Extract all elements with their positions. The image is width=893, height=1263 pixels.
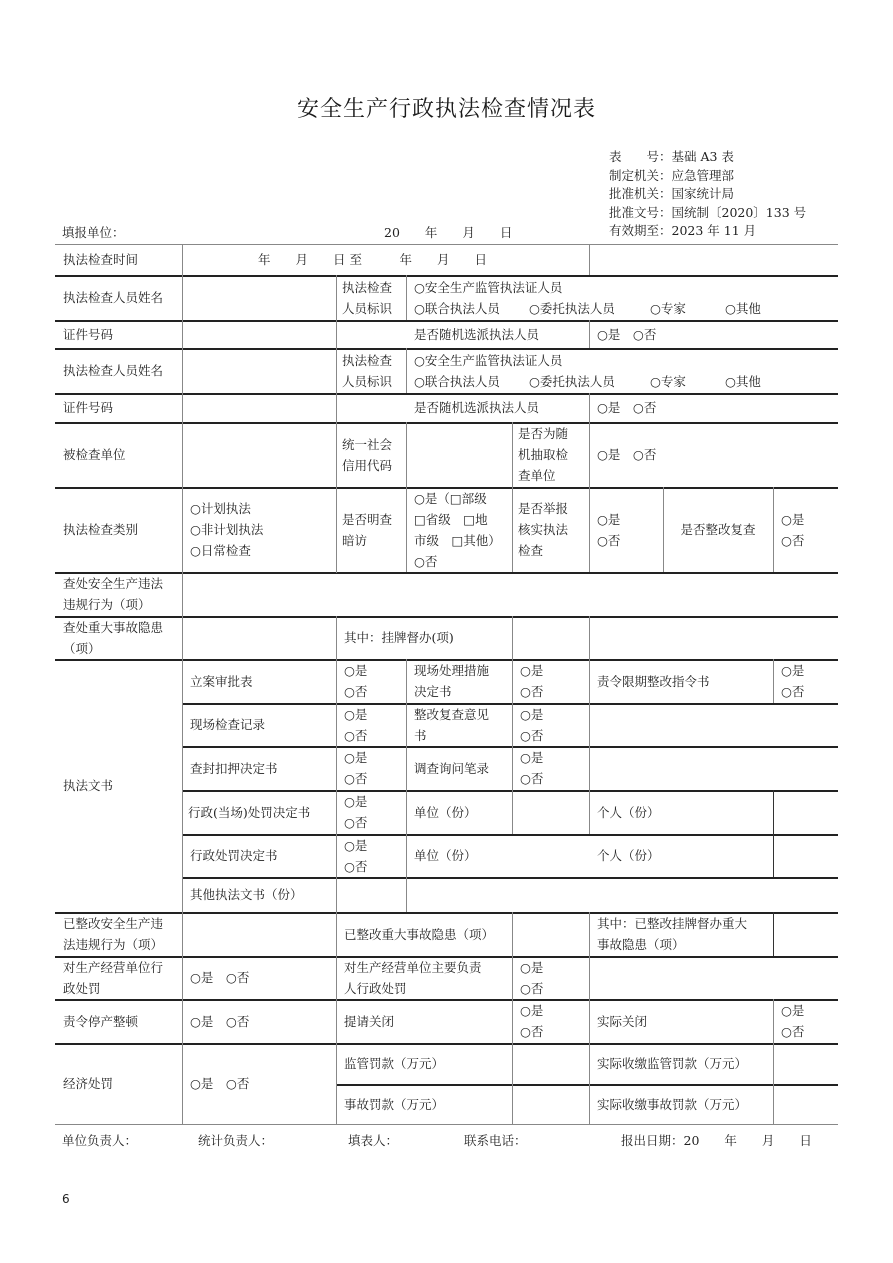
inspector-name-1-field[interactable] [182, 275, 336, 320]
label-rectified-violations: 已整改安全生产违 法违规行为（项） [55, 912, 182, 956]
onsite-record-radio[interactable]: ○是 ○否 [336, 703, 406, 746]
cert-number-2-field[interactable] [182, 393, 406, 422]
label-economic-penalty: 经济处罚 [55, 1043, 182, 1124]
onsite-measures-radio[interactable]: ○是 ○否 [512, 659, 589, 703]
report-verify-radio[interactable]: ○是 ○否 [589, 487, 663, 572]
violations-field[interactable] [182, 572, 336, 616]
head-penalty-radio[interactable]: ○是 ○否 [512, 956, 589, 999]
rectified-violations-field[interactable] [182, 912, 336, 956]
label-inquiry-record: 调查询问笔录 [406, 746, 512, 790]
meta-approval-number: 批准文号：国统制〔2020〕133 号 [609, 204, 806, 223]
label-closure-request: 提请关闭 [336, 999, 512, 1043]
onsite-penalty-radio[interactable]: ○是 ○否 [336, 790, 406, 834]
label-other-docs: 其他执法文书（份） [182, 877, 336, 912]
footer-unit-head: 单位负责人： [62, 1131, 137, 1149]
form-meta: 表 号：基础 A3 表 制定机关：应急管理部 批准机关：国家统计局 批准文号：国… [609, 148, 806, 241]
label-random-unit: 是否为随 机抽取检 查单位 [512, 422, 589, 487]
label-penalty-decision: 行政处罚决定书 [182, 834, 336, 877]
radio-joint[interactable]: ○联合执法人员 [414, 298, 529, 319]
label-recheck-opinion: 整改复查意见 书 [406, 703, 512, 746]
major-hazards-field[interactable] [182, 616, 336, 659]
label-major-hazards: 查处重大事故隐患 （项） [55, 616, 182, 659]
random-assign-2-radio[interactable]: ○是 ○否 [589, 393, 838, 422]
meta-approving-authority: 批准机关：国家统计局 [609, 185, 806, 204]
label-onsite-measures: 现场处理措施 决定书 [406, 659, 512, 703]
seizure-decision-radio[interactable]: ○是 ○否 [336, 746, 406, 790]
label-inspector-name-2: 执法检查人员姓名 [55, 348, 182, 393]
radio-entrusted[interactable]: ○委托执法人员 [529, 371, 650, 392]
radio-certified[interactable]: ○安全生产监管执法证人员 [414, 350, 562, 371]
footer-report-date: 报出日期：20 年 月 日 [621, 1131, 812, 1149]
accident-fine-paid-field[interactable] [773, 1084, 838, 1124]
radio-expert[interactable]: ○专家 [650, 371, 725, 392]
unit-penalty-radio[interactable]: ○是 ○否 [182, 956, 336, 999]
closure-request-radio[interactable]: ○是 ○否 [512, 999, 589, 1043]
fill-date: 20 年 月 日 [384, 223, 512, 241]
inspector-id-1-options[interactable]: ○安全生产监管执法证人员 ○联合执法人员 ○委托执法人员 ○专家 ○其他 [406, 275, 838, 320]
label-cert-number-2: 证件号码 [55, 393, 182, 422]
case-approval-radio[interactable]: ○是 ○否 [336, 659, 406, 703]
inspect-category-radio[interactable]: ○计划执法 ○非计划执法 ○日常检查 [182, 487, 336, 572]
economic-penalty-radio[interactable]: ○是 ○否 [182, 1043, 336, 1124]
meta-issuing-authority: 制定机关：应急管理部 [609, 167, 806, 186]
supervised-hazards-field[interactable] [512, 616, 589, 659]
label-rectified-supervised: 其中：已整改挂牌督办重大 事故隐患（项） [589, 912, 773, 956]
label-random-assign-2: 是否随机选派执法人员 [406, 393, 589, 422]
accident-fine-field[interactable] [512, 1084, 589, 1124]
label-inspect-category: 执法检查类别 [55, 487, 182, 572]
rectified-supervised-field[interactable] [773, 912, 838, 956]
inspector-name-2-field[interactable] [182, 348, 336, 393]
label-onsite-penalty-unit: 单位（份） [406, 790, 512, 834]
credit-code-field[interactable] [406, 422, 512, 487]
label-enforcement-docs: 执法文书 [55, 659, 182, 912]
violations-blank [336, 572, 838, 616]
other-docs-field[interactable] [336, 877, 406, 912]
penalty-decision-person-field[interactable] [773, 834, 838, 877]
fill-unit-label: 填报单位： [62, 223, 125, 241]
recheck-radio[interactable]: ○是 ○否 [773, 487, 838, 572]
label-credit-code: 统一社会 信用代码 [336, 422, 406, 487]
suspension-radio[interactable]: ○是 ○否 [182, 999, 336, 1043]
label-penalty-decision-person: 个人（份） [589, 834, 773, 877]
label-onsite-penalty-person: 个人（份） [589, 790, 773, 834]
label-random-assign-1: 是否随机选派执法人员 [406, 320, 589, 348]
footer-stat-head: 统计负责人： [198, 1131, 273, 1149]
recheck-opinion-radio[interactable]: ○是 ○否 [512, 703, 589, 746]
onsite-penalty-unit-field[interactable] [512, 790, 589, 834]
page-number: 6 [62, 1192, 70, 1206]
random-assign-1-radio[interactable]: ○是 ○否 [589, 320, 838, 348]
rectified-hazards-field[interactable] [512, 912, 589, 956]
table-bottom-border [55, 1124, 838, 1125]
radio-expert[interactable]: ○专家 [650, 298, 725, 319]
radio-entrusted[interactable]: ○委托执法人员 [529, 298, 650, 319]
label-report-verify: 是否举报 核实执法 检查 [512, 487, 589, 572]
label-covert-check: 是否明查 暗访 [336, 487, 406, 572]
regulatory-fine-paid-field[interactable] [773, 1043, 838, 1084]
label-supervised-hazards: 其中：挂牌督办(项) [336, 616, 512, 659]
label-inspector-name-1: 执法检查人员姓名 [55, 275, 182, 320]
onsite-penalty-person-field[interactable] [773, 790, 838, 834]
label-inspected-unit: 被检查单位 [55, 422, 182, 487]
cert-number-1-field[interactable] [182, 320, 406, 348]
penalty-decision-radio[interactable]: ○是 ○否 [336, 834, 406, 877]
meta-form-number: 表 号：基础 A3 表 [609, 148, 806, 167]
label-unit-penalty: 对生产经营单位行 政处罚 [55, 956, 182, 999]
label-actual-closure: 实际关闭 [589, 999, 773, 1043]
footer-phone: 联系电话： [464, 1131, 527, 1149]
inspect-time-range-field[interactable]: 年 月 日 至 年 月 日 [182, 244, 589, 275]
label-head-penalty: 对生产经营单位主要负责 人行政处罚 [336, 956, 512, 999]
label-inspect-time: 执法检查时间 [55, 244, 182, 275]
footer-filler: 填表人： [348, 1131, 398, 1149]
inspected-unit-field[interactable] [182, 422, 336, 487]
radio-certified[interactable]: ○安全生产监管执法证人员 [414, 277, 562, 298]
rectify-order-radio[interactable]: ○是 ○否 [773, 659, 838, 703]
label-cert-number-1: 证件号码 [55, 320, 182, 348]
random-unit-radio[interactable]: ○是 ○否 [589, 422, 838, 487]
inquiry-record-radio[interactable]: ○是 ○否 [512, 746, 589, 790]
label-violations: 查处安全生产违法 违规行为（项） [55, 572, 182, 616]
radio-joint[interactable]: ○联合执法人员 [414, 371, 529, 392]
meta-valid-until: 有效期至：2023 年 11 月 [609, 222, 806, 241]
radio-other[interactable]: ○其他 [725, 298, 761, 319]
actual-closure-radio[interactable]: ○是 ○否 [773, 999, 838, 1043]
label-seizure-decision: 查封扣押决定书 [182, 746, 336, 790]
penalty-decision-unit-field[interactable] [512, 834, 589, 877]
label-onsite-record: 现场检查记录 [182, 703, 336, 746]
radio-other[interactable]: ○其他 [725, 371, 761, 392]
label-suspension: 责令停产整顿 [55, 999, 182, 1043]
regulatory-fine-field[interactable] [512, 1043, 589, 1084]
col-divider [589, 616, 590, 659]
page-title: 安全生产行政执法检查情况表 [0, 92, 893, 123]
label-accident-fine-paid: 实际收缴事故罚款（万元） [589, 1084, 773, 1124]
label-recheck: 是否整改复查 [663, 487, 773, 572]
label-rectify-order: 责令限期整改指令书 [589, 659, 773, 703]
inspect-time-blank[interactable] [589, 244, 838, 275]
label-penalty-decision-unit: 单位（份） [406, 834, 512, 877]
label-case-approval: 立案审批表 [182, 659, 336, 703]
label-regulatory-fine: 监管罚款（万元） [336, 1043, 512, 1084]
label-rectified-hazards: 已整改重大事故隐患（项） [336, 912, 512, 956]
label-inspector-id-2: 执法检查 人员标识 [336, 348, 406, 393]
label-inspector-id-1: 执法检查 人员标识 [336, 275, 406, 320]
covert-check-options[interactable]: ○是（□部级 □省级 □地 市级 □其他） ○否 [406, 487, 512, 572]
label-regulatory-fine-paid: 实际收缴监管罚款（万元） [589, 1043, 773, 1084]
inspector-id-2-options[interactable]: ○安全生产监管执法证人员 ○联合执法人员 ○委托执法人员 ○专家 ○其他 [406, 348, 838, 393]
label-onsite-penalty: 行政(当场)处罚决定书 [182, 790, 336, 834]
label-accident-fine: 事故罚款（万元） [336, 1084, 512, 1124]
